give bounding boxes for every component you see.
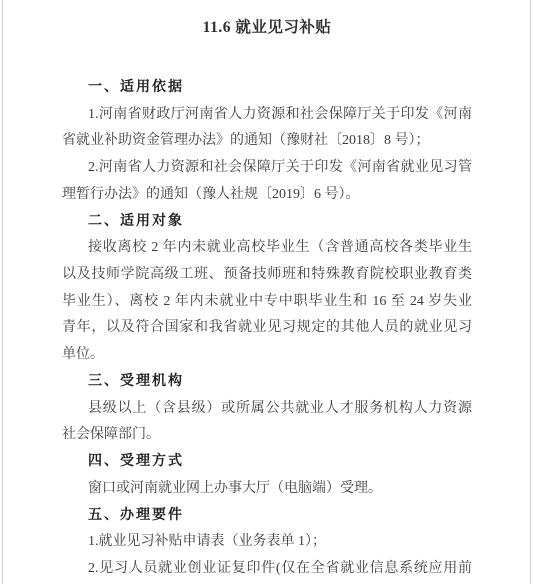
doc-line: 县级以上（含县级）或所属公共就业人才服务机构人力资源 bbox=[62, 396, 472, 423]
heading-required-documents: 五、办理要件 bbox=[62, 503, 472, 530]
heading-accepting-agency: 三、受理机构 bbox=[62, 369, 472, 396]
doc-line: 理暂行办法》的通知（豫人社规〔2019〕6 号）。 bbox=[62, 182, 472, 209]
doc-line: 以及技师学院高级工班、预备技师班和特殊教育院校职业教育类 bbox=[62, 262, 472, 289]
title-spacer bbox=[62, 41, 472, 75]
doc-line: 1.就业见习补贴申请表（业务表单 1）； bbox=[62, 529, 472, 556]
heading-applicable-basis: 一、适用依据 bbox=[62, 75, 472, 102]
doc-line: 窗口或河南就业网上办事大厅（电脑端）受理。 bbox=[62, 476, 472, 503]
doc-line: 青年，以及符合国家和我省就业见习规定的其他人员的就业见习 bbox=[62, 315, 472, 342]
heading-applicable-target: 二、适用对象 bbox=[62, 209, 472, 236]
doc-line: 社会保障部门。 bbox=[62, 422, 472, 449]
heading-accepting-method: 四、受理方式 bbox=[62, 449, 472, 476]
doc-line: 2.河南省人力资源和社会保障厅关于印发《河南省就业见习管 bbox=[62, 155, 472, 182]
doc-line: 接收离校 2 年内未就业高校毕业生（含普通高校各类毕业生 bbox=[62, 235, 472, 262]
doc-line: 2.见习人员就业创业证复印件(仅在全省就业信息系统应用前 bbox=[62, 556, 472, 583]
doc-line: 省就业补助资金管理办法》的通知（豫财社〔2018〕8 号）； bbox=[62, 128, 472, 155]
doc-line: 单位。 bbox=[62, 342, 472, 369]
page-right-edge bbox=[530, 0, 531, 584]
doc-line: 1.河南省财政厅河南省人力资源和社会保障厅关于印发《河南 bbox=[62, 102, 472, 129]
section-title: 11.6 就业见习补贴 bbox=[62, 14, 472, 41]
doc-line: 毕业生）、离校 2 年内未就业中专中职毕业生和 16 至 24 岁失业 bbox=[62, 289, 472, 316]
document-content: 11.6 就业见习补贴 一、适用依据 1.河南省财政厅河南省人力资源和社会保障厅… bbox=[62, 0, 472, 583]
document-page: 11.6 就业见习补贴 一、适用依据 1.河南省财政厅河南省人力资源和社会保障厅… bbox=[0, 0, 533, 584]
page-left-edge bbox=[2, 0, 3, 584]
